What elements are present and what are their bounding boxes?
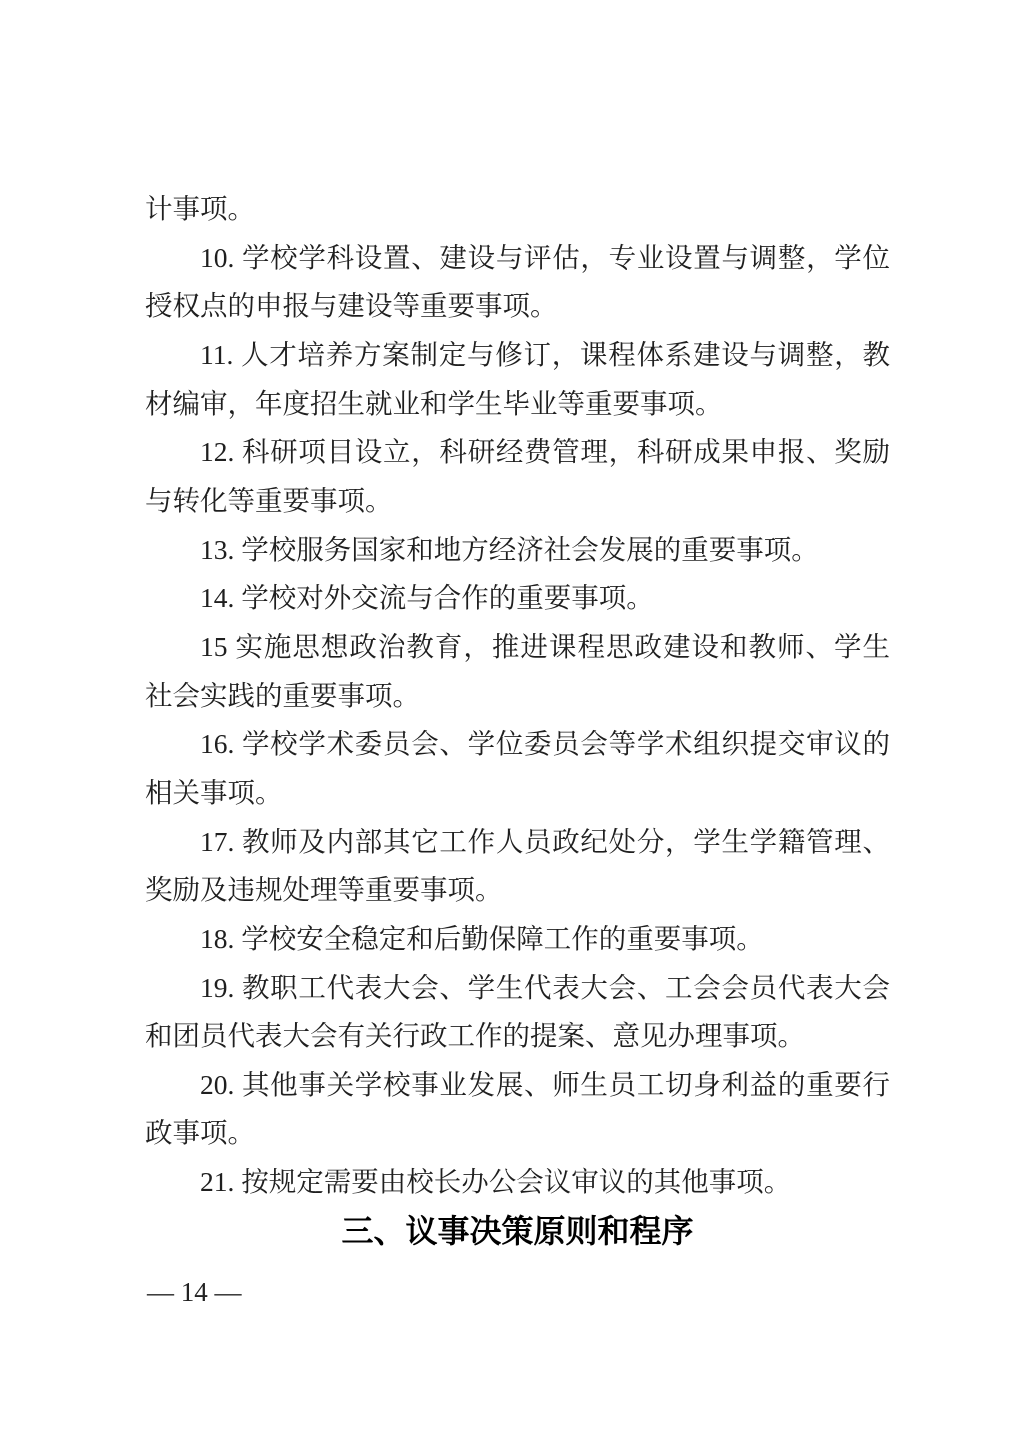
paragraph-item-14: 14. 学校对外交流与合作的重要事项。 bbox=[145, 574, 890, 623]
paragraph-item-17: 17. 教师及内部其它工作人员政纪处分，学生学籍管理、奖励及违规处理等重要事项。 bbox=[145, 818, 890, 915]
document-page: 计事项。 10. 学校学科设置、建设与评估，专业设置与调整，学位授权点的申报与建… bbox=[0, 0, 1024, 1448]
paragraph-item-20: 20. 其他事关学校事业发展、师生员工切身利益的重要行政事项。 bbox=[145, 1061, 890, 1158]
paragraph-item-10: 10. 学校学科设置、建设与评估，专业设置与调整，学位授权点的申报与建设等重要事… bbox=[145, 234, 890, 331]
paragraph-item-16: 16. 学校学术委员会、学位委员会等学术组织提交审议的相关事项。 bbox=[145, 720, 890, 817]
paragraph-item-18: 18. 学校安全稳定和后勤保障工作的重要事项。 bbox=[145, 915, 890, 964]
paragraph-continuation: 计事项。 bbox=[145, 185, 890, 234]
paragraph-item-15: 15 实施思想政治教育，推进课程思政建设和教师、学生社会实践的重要事项。 bbox=[145, 623, 890, 720]
section-heading: 三、议事决策原则和程序 bbox=[145, 1207, 890, 1256]
paragraph-item-12: 12. 科研项目设立，科研经费管理，科研成果申报、奖励与转化等重要事项。 bbox=[145, 428, 890, 525]
page-number: — 14 — bbox=[147, 1276, 242, 1308]
body-text-block: 计事项。 10. 学校学科设置、建设与评估，专业设置与调整，学位授权点的申报与建… bbox=[145, 185, 890, 1255]
paragraph-item-11: 11. 人才培养方案制定与修订，课程体系建设与调整，教材编审，年度招生就业和学生… bbox=[145, 331, 890, 428]
paragraph-item-13: 13. 学校服务国家和地方经济社会发展的重要事项。 bbox=[145, 526, 890, 575]
paragraph-item-21: 21. 按规定需要由校长办公会议审议的其他事项。 bbox=[145, 1158, 890, 1207]
paragraph-item-19: 19. 教职工代表大会、学生代表大会、工会会员代表大会和团员代表大会有关行政工作… bbox=[145, 964, 890, 1061]
